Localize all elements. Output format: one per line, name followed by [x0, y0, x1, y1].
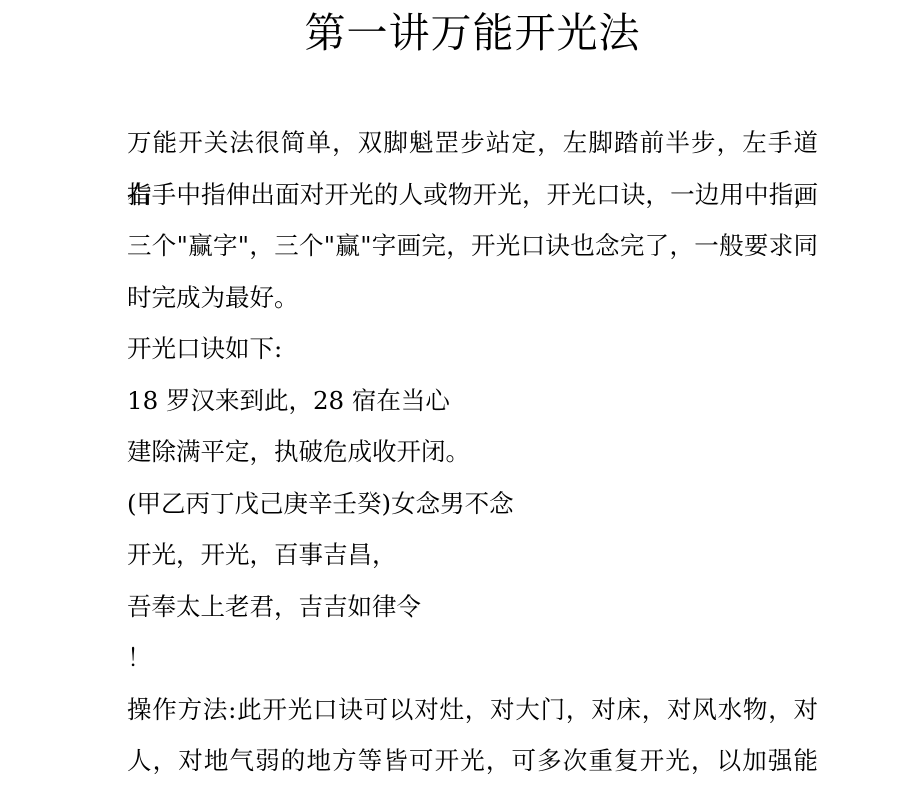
document-body: 万能开关法很简单，双脚魁罡步站定，左脚踏前半步，左手道指， 右手中指伸出面对开光…	[127, 117, 818, 787]
document-page: 第一讲万能开光法 万能开关法很简单，双脚魁罡步站定，左脚踏前半步，左手道指， 右…	[0, 0, 921, 787]
text-line: 右手中指伸出面对开光的人或物开光，开光口诀，一边用中指画	[127, 169, 818, 221]
text-line: (甲乙丙丁戊己庚辛壬癸)女念男不念	[127, 478, 818, 530]
text-line: 人，对地气弱的地方等皆可开光，可多次重复开光，以加强能量，	[127, 735, 818, 787]
text-line: 吾奉太上老君，吉吉如律令	[127, 581, 818, 633]
text-line: ！	[127, 632, 818, 684]
document-title: 第一讲万能开光法	[127, 0, 818, 57]
text-line: 万能开关法很简单，双脚魁罡步站定，左脚踏前半步，左手道指，	[127, 117, 818, 169]
text-line: 操作方法:此开光口诀可以对灶，对大门，对床，对风水物，对	[127, 684, 818, 736]
text-line: 开光口诀如下:	[127, 323, 818, 375]
text-line: 开光，开光，百事吉昌，	[127, 529, 818, 581]
text-line: 时完成为最好。	[127, 272, 818, 324]
text-line: 18 罗汉来到此，28 宿在当心	[127, 375, 818, 427]
text-line: 三个"赢字"，三个"赢"字画完，开光口诀也念完了，一般要求同	[127, 220, 818, 272]
text-line: 建除满平定，执破危成收开闭。	[127, 426, 818, 478]
